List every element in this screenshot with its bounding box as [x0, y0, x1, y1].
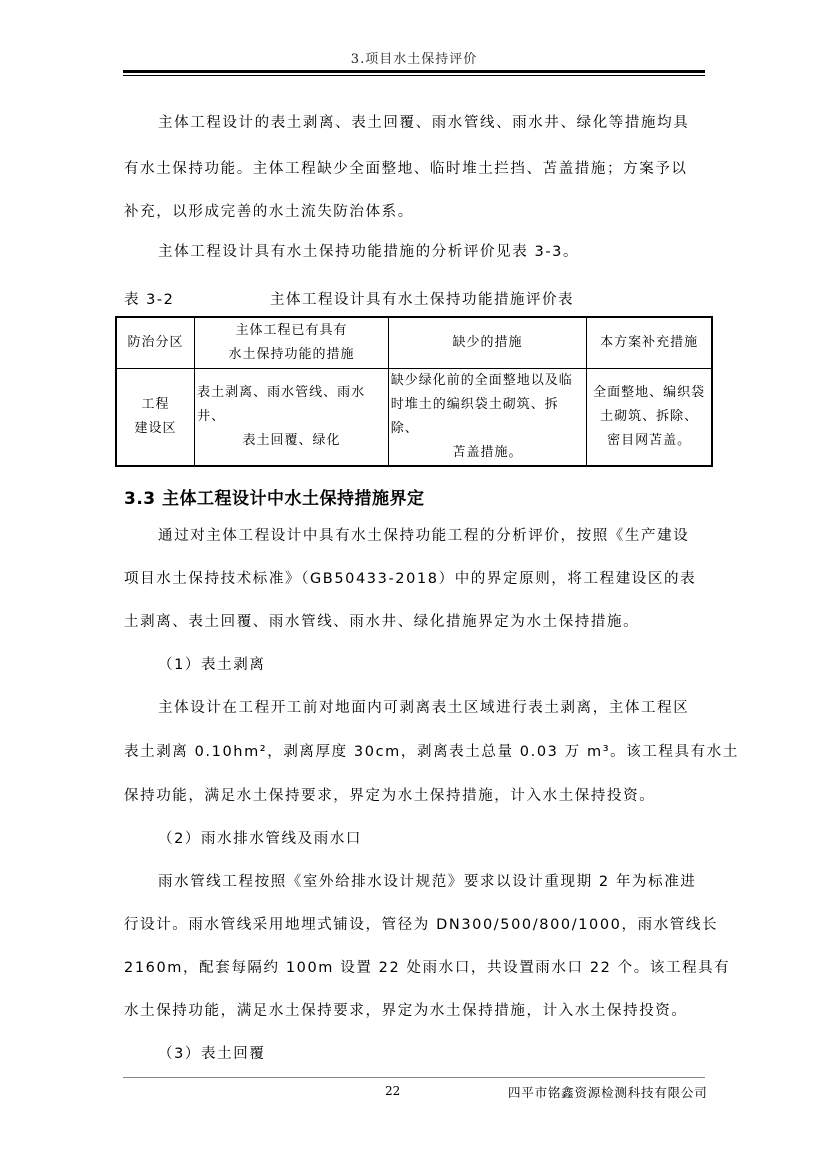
footer-company-name: 四平市铭鑫资源检测科技有限公司 [508, 1083, 708, 1101]
cell-line: 表土剥离、雨水管线、雨水井、 [197, 381, 386, 429]
cell-line: 密目网苫盖。 [589, 429, 709, 453]
subsection-1-line: 保持功能，满足水土保持要求，界定为水土保持措施，计入水土保持投资。 [124, 787, 704, 805]
intro-paragraph-line: 有水土保持功能。主体工程缺少全面整地、临时堆土拦挡、苫盖措施；方案予以 [124, 160, 704, 178]
cell-supplement: 全面整地、编织袋 土砌筑、拆除、 密目网苫盖。 [587, 369, 712, 467]
intro-paragraph-line: 主体工程设计的表土剥离、表土回覆、雨水管线、雨水井、绿化等措施均具 [158, 114, 738, 132]
subsection-1-line: 表土剥离 0.10hm²，剥离厚度 30cm，剥离表土总量 0.03 万 m³。… [124, 743, 704, 761]
cell-line: 表土回覆、绿化 [197, 429, 386, 453]
subsection-title-1: （1）表土剥离 [158, 656, 738, 674]
intro-paragraph-2: 主体工程设计具有水土保持功能措施的分析评价见表 3-3。 [158, 243, 738, 261]
page-number: 22 [385, 1084, 400, 1098]
subsection-title-3: （3）表土回覆 [158, 1045, 738, 1063]
subsection-2-line: 雨水管线工程按照《室外给排水设计规范》要求以设计重现期 2 年为标准进 [158, 873, 738, 891]
cell-zone: 工程 建设区 [116, 369, 195, 467]
subsection-2-line: 2160m，配套每隔约 100m 设置 22 处雨水口，共设置雨水口 22 个。… [124, 959, 704, 977]
header-rule-thin [123, 75, 705, 76]
document-page: 3.项目水土保持评价 主体工程设计的表土剥离、表土回覆、雨水管线、雨水井、绿化等… [0, 0, 827, 1169]
table-caption-number: 表 3-2 [124, 288, 174, 309]
cell-line: 全面整地、编织袋 [589, 381, 709, 405]
cell-line: 时堆土的编织袋土砌筑、拆除、 [391, 393, 585, 441]
cell-line: 工程 [119, 393, 192, 417]
table-caption-title: 主体工程设计具有水土保持功能措施评价表 [270, 288, 574, 309]
running-header-title: 3.项目水土保持评价 [124, 48, 704, 67]
section-heading: 3.3 主体工程设计中水土保持措施界定 [124, 484, 425, 509]
subsection-1-line: 主体设计在工程开工前对地面内可剥离表土区域进行表土剥离，主体工程区 [158, 699, 738, 717]
section-paragraph-line: 通过对主体工程设计中具有水土保持功能工程的分析评价，按照《生产建设 [158, 527, 738, 545]
footer-rule [123, 1077, 705, 1078]
subsection-2-line: 行设计。雨水管线采用地埋式铺设，管径为 DN300/500/800/1000，雨… [124, 916, 704, 934]
header-cell-supplement: 本方案补充措施 [587, 317, 712, 369]
header-rule-thick [123, 70, 705, 73]
cell-line: 缺少绿化前的全面整地以及临 [391, 369, 585, 393]
intro-paragraph-line: 补充，以形成完善的水土流失防治体系。 [124, 203, 704, 221]
cell-existing: 表土剥离、雨水管线、雨水井、 表土回覆、绿化 [195, 369, 389, 467]
header-cell-existing-line: 主体工程已有具有 [197, 319, 386, 343]
header-cell-existing: 主体工程已有具有 水土保持功能的措施 [195, 317, 389, 369]
table-header-row: 防治分区 主体工程已有具有 水土保持功能的措施 缺少的措施 本方案补充措施 [116, 317, 712, 369]
section-paragraph-line: 土剥离、表土回覆、雨水管线、雨水井、绿化措施界定为水土保持措施。 [124, 613, 704, 631]
evaluation-table: 防治分区 主体工程已有具有 水土保持功能的措施 缺少的措施 本方案补充措施 工程… [115, 316, 713, 467]
subsection-2-line: 水土保持功能，满足水土保持要求，界定为水土保持措施，计入水土保持投资。 [124, 1002, 704, 1020]
cell-line: 建设区 [119, 417, 192, 441]
section-paragraph-line: 项目水土保持技术标准》（GB50433-2018）中的界定原则，将工程建设区的表 [124, 570, 704, 588]
header-cell-missing: 缺少的措施 [388, 317, 587, 369]
header-cell-existing-line: 水土保持功能的措施 [197, 343, 386, 367]
cell-line: 土砌筑、拆除、 [589, 405, 709, 429]
header-cell-zone: 防治分区 [116, 317, 195, 369]
cell-line: 苫盖措施。 [391, 441, 585, 465]
table-row: 工程 建设区 表土剥离、雨水管线、雨水井、 表土回覆、绿化 缺少绿化前的全面整地… [116, 369, 712, 467]
subsection-title-2: （2）雨水排水管线及雨水口 [158, 830, 738, 848]
cell-missing: 缺少绿化前的全面整地以及临 时堆土的编织袋土砌筑、拆除、 苫盖措施。 [388, 369, 587, 467]
